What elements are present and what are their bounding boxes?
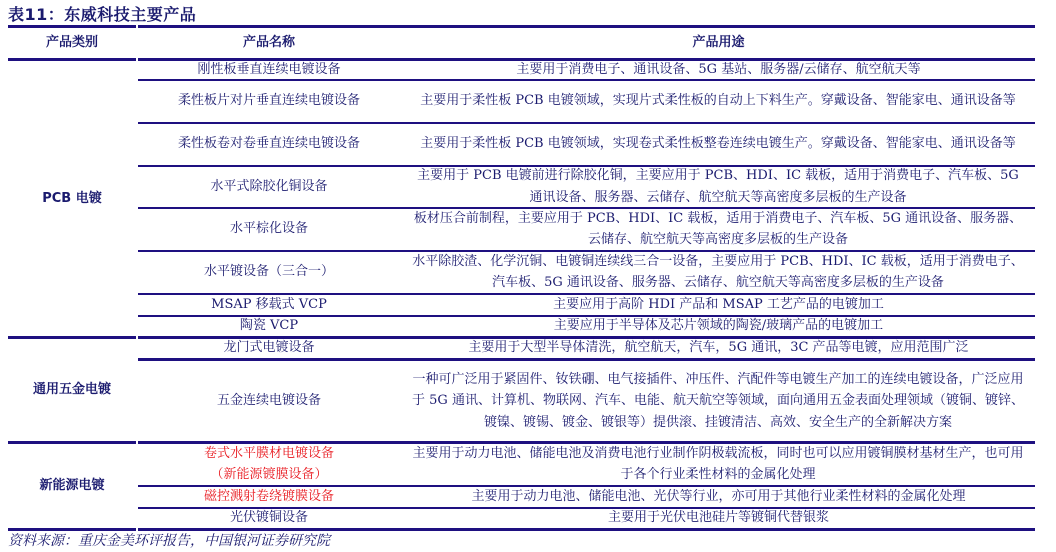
source-note: 资料来源：重庆金美环评报告，中国银河证券研究院: [8, 530, 330, 550]
header-category: 产品类别: [8, 28, 136, 58]
product-name: 刚性板垂直连续电镀设备: [138, 60, 400, 80]
product-name: 柔性板卷对卷垂直连续电镀设备: [138, 123, 400, 165]
product-name-line2: （新能源镀膜设备）: [210, 464, 327, 486]
product-usage: 主要用于 PCB 电镀前进行除胶化铜，主要应用于 PCB、HDI、IC 载板，适…: [412, 166, 1024, 207]
category-pcb: PCB 电镀: [8, 61, 136, 336]
product-name: 龙门式电镀设备: [138, 338, 400, 358]
table-title: 表11：东威科技主要产品: [8, 2, 196, 25]
product-name: 水平式除胶化铜设备: [138, 166, 400, 207]
product-usage: 主要用于动力电池、储能电池及消费电池行业制作阴极载流板，同时也可以应用镀铜膜材基…: [412, 443, 1024, 485]
product-usage: 主要应用于高阶 HDI 产品和 MSAP 工艺产品的电镀加工: [402, 294, 1035, 315]
product-name: 五金连续电镀设备: [138, 361, 400, 441]
product-name-highlighted: 卷式水平膜材电镀设备 （新能源镀膜设备）: [138, 443, 400, 485]
product-usage: 主要用于柔性板 PCB 电镀领域，实现卷式柔性板整卷连续电镀生产。穿戴设备、智能…: [412, 123, 1024, 165]
category-new-energy: 新能源电镀: [8, 444, 136, 528]
product-usage: 水平除胶渣、化学沉铜、电镀铜连续线三合一设备，主要应用于 PCB、HDI、IC …: [412, 251, 1024, 293]
product-usage: 主要用于消费电子、通讯设备、5G 基站、服务器/云储存、航空航天等: [402, 60, 1035, 80]
product-name: 水平棕化设备: [138, 208, 400, 250]
product-name: 光伏镀铜设备: [138, 508, 400, 528]
product-name: 陶瓷 VCP: [138, 316, 400, 336]
header-product-name: 产品名称: [138, 28, 400, 58]
product-name: 水平镀设备（三合一）: [138, 251, 400, 293]
product-usage: 主要用于光伏电池硅片等镀铜代替银浆: [402, 508, 1035, 528]
product-usage: 主要用于柔性板 PCB 电镀领域，实现片式柔性板的自动上下料生产。穿戴设备、智能…: [412, 80, 1024, 122]
product-name: 柔性板片对片垂直连续电镀设备: [138, 80, 400, 122]
category-hardware: 通用五金电镀: [8, 339, 136, 441]
product-name: MSAP 移载式 VCP: [138, 294, 400, 315]
product-name-highlighted: 磁控溅射卷绕镀膜设备: [138, 486, 400, 507]
product-name-line1: 卷式水平膜材电镀设备: [204, 443, 334, 465]
product-usage: 一种可广泛用于紧固件、钕铁硼、电气接插件、冲压件、汽配件等电镀生产加工的连续电镀…: [412, 361, 1024, 441]
product-usage: 主要应用于半导体及芯片领域的陶瓷/玻璃产品的电镀加工: [402, 316, 1035, 336]
product-usage: 板材压合前制程，主要应用于 PCB、HDI、IC 载板，适用于消费电子、汽车板、…: [412, 208, 1024, 250]
header-product-usage: 产品用途: [402, 28, 1035, 58]
product-usage: 主要用于动力电池、储能电池、光伏等行业，亦可用于其他行业柔性材料的金属化处理: [402, 486, 1035, 507]
product-usage: 主要用于大型半导体清洗，航空航天，汽车，5G 通讯，3C 产品等电镀，应用范围广…: [402, 338, 1035, 358]
